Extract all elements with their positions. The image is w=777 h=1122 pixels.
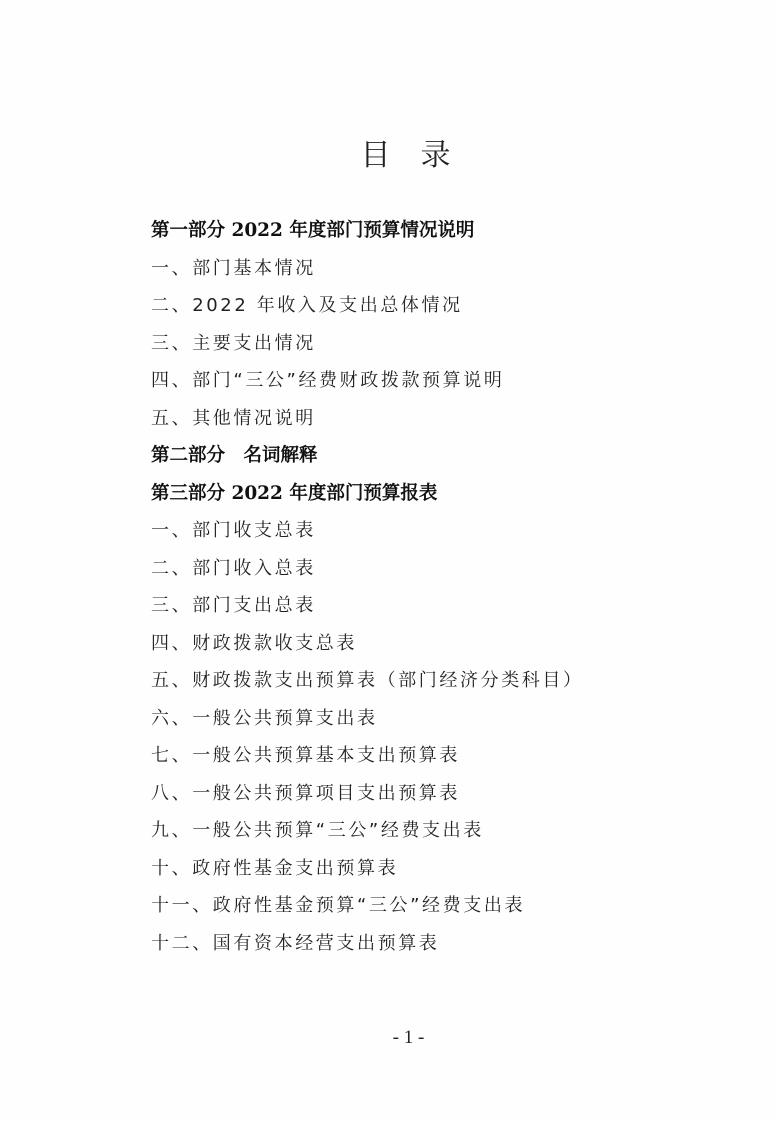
toc-item: 八、一般公共预算项目支出预算表 — [151, 775, 584, 813]
toc-part-2: 第二部分 名词解释 — [151, 437, 584, 475]
toc-item: 六、一般公共预算支出表 — [151, 700, 584, 738]
toc-item: 五、财政拨款支出预算表（部门经济分类科目） — [151, 662, 584, 700]
page-number: - 1 - — [0, 1027, 777, 1049]
toc-item: 十一、政府性基金预算“三公”经费支出表 — [151, 887, 584, 925]
toc-item: 三、主要支出情况 — [151, 325, 584, 363]
toc-item: 一、部门收支总表 — [151, 512, 584, 550]
table-of-contents: 第一部分 2022 年度部门预算情况说明 一、部门基本情况 二、2022 年收入… — [151, 212, 584, 962]
toc-item: 三、部门支出总表 — [151, 587, 584, 625]
toc-item: 九、一般公共预算“三公”经费支出表 — [151, 812, 584, 850]
toc-item: 七、一般公共预算基本支出预算表 — [151, 737, 584, 775]
toc-item: 二、部门收入总表 — [151, 550, 584, 588]
toc-item: 十、政府性基金支出预算表 — [151, 850, 584, 888]
document-page: 目录 第一部分 2022 年度部门预算情况说明 一、部门基本情况 二、2022 … — [0, 0, 777, 1122]
toc-item: 一、部门基本情况 — [151, 250, 584, 288]
page-title: 目录 — [0, 130, 777, 174]
toc-item: 四、部门“三公”经费财政拨款预算说明 — [151, 362, 584, 400]
toc-part-1: 第一部分 2022 年度部门预算情况说明 — [151, 212, 584, 250]
toc-item: 四、财政拨款收支总表 — [151, 625, 584, 663]
toc-item: 二、2022 年收入及支出总体情况 — [151, 287, 584, 325]
toc-part-3: 第三部分 2022 年度部门预算报表 — [151, 475, 584, 513]
toc-item: 五、其他情况说明 — [151, 400, 584, 438]
toc-item: 十二、国有资本经营支出预算表 — [151, 925, 584, 963]
